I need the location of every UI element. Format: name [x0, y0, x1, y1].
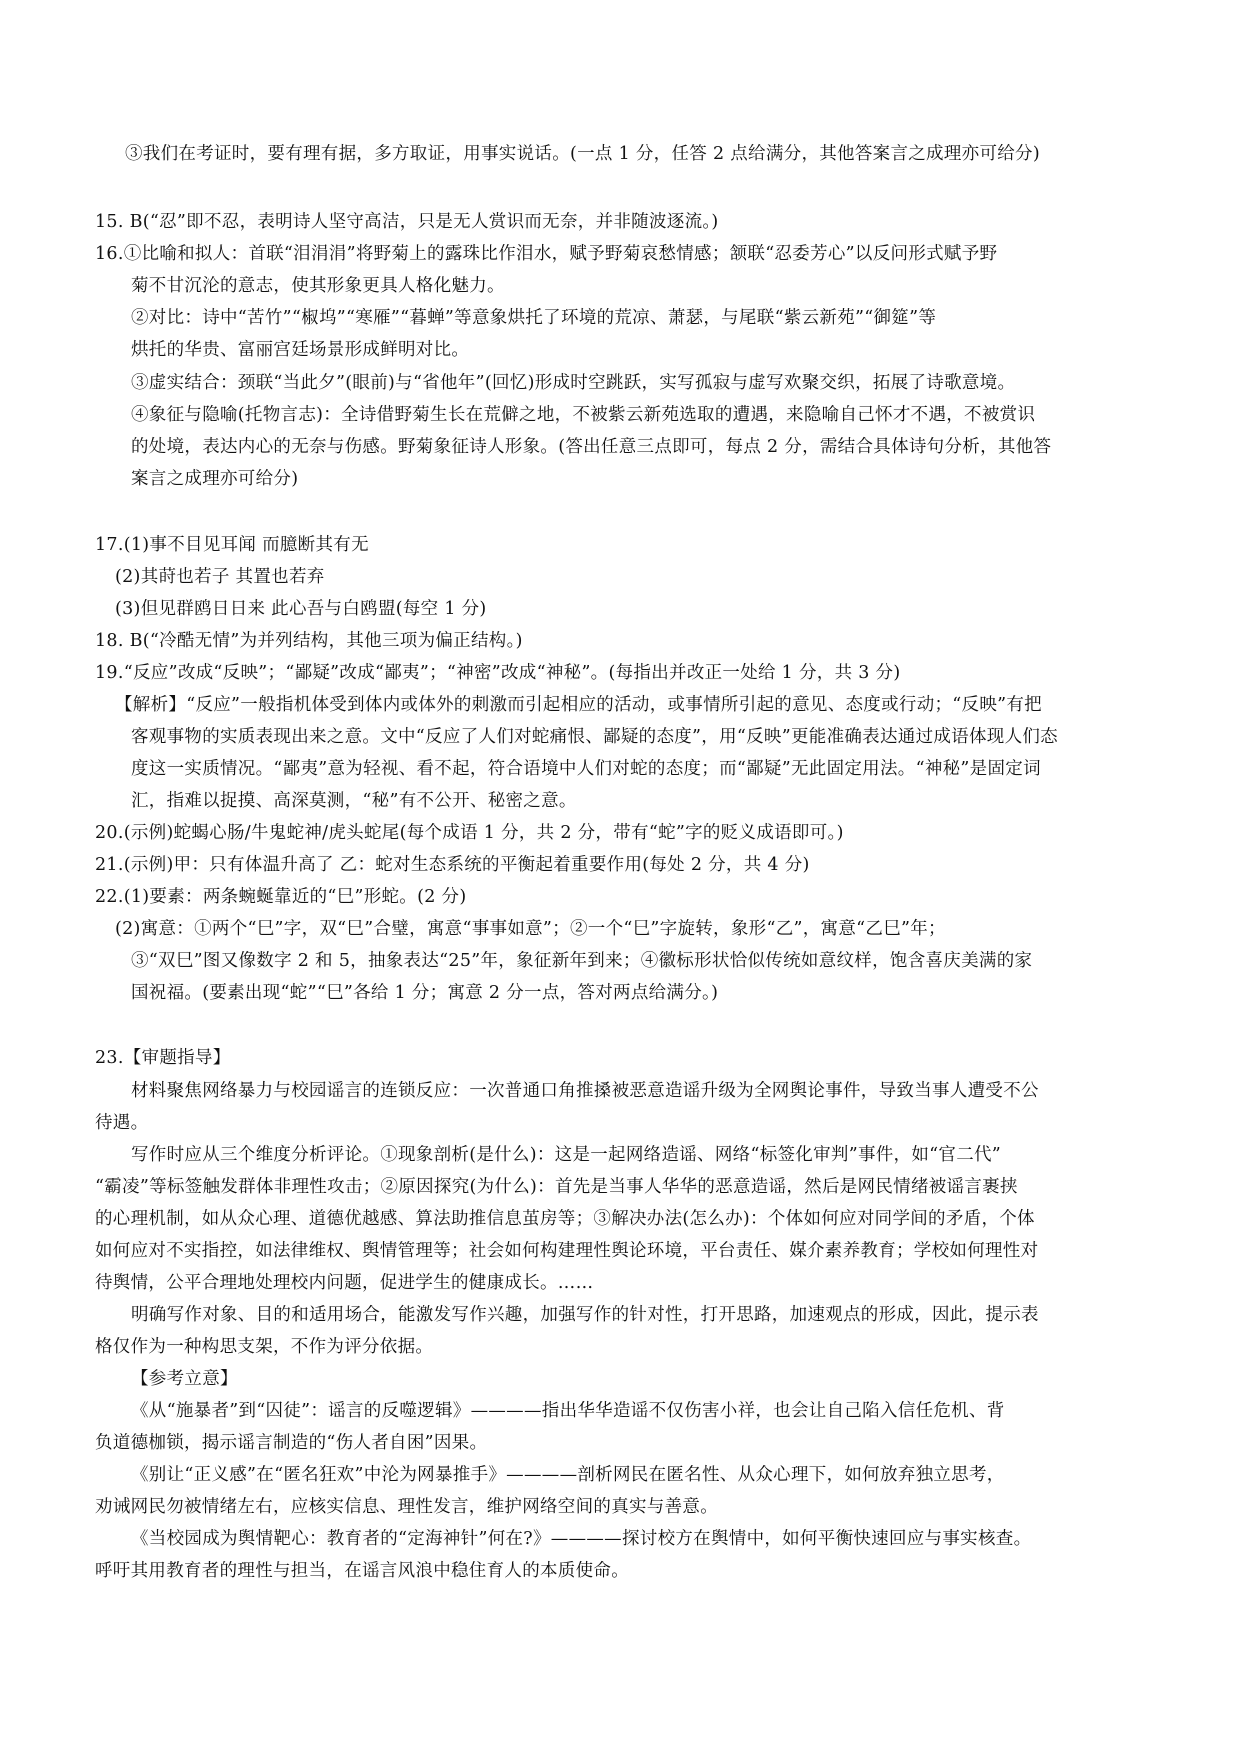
- text-line-q23-p2d: 如何应对不实指控，如法律维权、舆情管理等；社会如何构建理性舆论环境，平台责任、媒…: [95, 1241, 1038, 1261]
- text-line-q16-4a: ④象征与隐喻(托物言志)：全诗借野菊生长在荒僻之地，不被紫云新苑选取的遭遇，来隐…: [131, 405, 1035, 425]
- text-line-q22-2a: (2)寓意：①两个“巳”字，双“巳”合璧，寓意“事事如意”；②一个“巳”字旋转，…: [115, 919, 946, 939]
- text-line-q19-a3: 度这一实质情况。“鄙夷”意为轻视、看不起，符合语境中人们对蛇的态度；而“鄙疑”无…: [131, 759, 1041, 779]
- text-line-q19-a4: 汇，指难以捉摸、高深莫测，“秘”有不公开、秘密之意。: [131, 791, 577, 811]
- text-line-q23-p3a: 明确写作对象、目的和适用场合，能激发写作兴趣，加强写作的针对性，打开思路，加速观…: [131, 1305, 1039, 1325]
- answer-key-page: ③我们在考证时，要有理有据，多方取证，用事实说话。(一点 1 分，任答 2 点给…: [0, 0, 1240, 1753]
- text-line-q23-r2a: 《别让“正义感”在“匿名狂欢”中沦为网暴推手》————剖析网民在匿名性、从众心理…: [131, 1465, 1005, 1485]
- text-line-q14-3: ③我们在考证时，要有理有据，多方取证，用事实说话。(一点 1 分，任答 2 点给…: [125, 144, 1040, 164]
- text-line-q23-r3a: 《当校园成为舆情靶心：教育者的“定海神针”何在?》————探讨校方在舆情中，如何…: [131, 1529, 1031, 1549]
- text-line-q16-4b: 的处境，表达内心的无奈与伤感。野菊象征诗人形象。(答出任意三点即可，每点 2 分…: [131, 437, 1051, 457]
- text-line-q23-ref: 【参考立意】: [131, 1369, 238, 1389]
- text-line-q17-1: 17.(1)事不目见耳闻 而臆断其有无: [95, 535, 369, 555]
- text-line-q16-2a: ②对比：诗中“苦竹”“椒坞”“寒雁”“暮蝉”等意象烘托了环境的荒凉、萧瑟，与尾联…: [131, 308, 936, 328]
- text-line-q23-h: 23.【审题指导】: [95, 1048, 231, 1068]
- text-line-q23-r1b: 负道德枷锁，揭示谣言制造的“伤人者自困”因果。: [95, 1433, 487, 1453]
- text-line-q23-r2b: 劝诫网民勿被情绪左右，应核实信息、理性发言，维护网络空间的真实与善意。: [95, 1497, 718, 1517]
- text-line-q16-1b: 菊不甘沉沦的意志，使其形象更具人格化魅力。: [131, 276, 505, 296]
- text-line-q16-2b: 烘托的华贵、富丽宫廷场景形成鲜明对比。: [131, 340, 469, 360]
- text-line-q23-p1a: 材料聚焦网络暴力与校园谣言的连锁反应：一次普通口角推搡被恶意造谣升级为全网舆论事…: [131, 1081, 1039, 1101]
- text-line-q21: 21.(示例)甲：只有体温升高了 乙：蛇对生态系统的平衡起着重要作用(每处 2 …: [95, 855, 810, 875]
- text-line-q23-r1a: 《从“施暴者”到“囚徒”：谣言的反噬逻辑》————指出华华造谣不仅伤害小祥，也会…: [131, 1401, 1005, 1421]
- text-line-q19-a1: 【解析】“反应”一般指机体受到体内或体外的刺激而引起相应的活动，或事情所引起的意…: [115, 695, 1042, 715]
- text-line-q23-p2b: “霸凌”等标签触发群体非理性攻击；②原因探究(为什么)：首先是当事人华华的恶意造…: [95, 1177, 1018, 1197]
- text-line-q23-p1b: 待遇。: [95, 1113, 148, 1133]
- text-line-q23-p2c: 的心理机制，如从众心理、道德优越感、算法助推信息茧房等；③解决办法(怎么办)：个…: [95, 1209, 1035, 1229]
- text-line-q22-2b: ③“双巳”图又像数字 2 和 5，抽象表达“25”年，象征新年到来；④徽标形状恰…: [131, 951, 1032, 971]
- text-line-q23-p2a: 写作时应从三个维度分析评论。①现象剖析(是什么)：这是一起网络造谣、网络“标签化…: [131, 1145, 1001, 1165]
- text-line-q23-r3b: 呼吁其用教育者的理性与担当，在谣言风浪中稳住育人的本质使命。: [95, 1561, 629, 1581]
- text-line-q17-2: (2)其莳也若子 其置也若弃: [115, 567, 325, 587]
- text-line-q18: 18. B(“冷酷无情”为并列结构，其他三项为偏正结构。): [95, 631, 523, 651]
- text-line-q23-p2e: 待舆情，公平合理地处理校内问题，促进学生的健康成长。……: [95, 1273, 593, 1293]
- text-line-q22-1: 22.(1)要素：两条蜿蜒靠近的“巳”形蛇。(2 分): [95, 887, 466, 907]
- text-line-q17-3: (3)但见群鸥日日来 此心吾与白鸥盟(每空 1 分): [115, 599, 487, 619]
- text-line-q16-1a: 16.①比喻和拟人：首联“泪涓涓”将野菊上的露珠比作泪水，赋予野菊哀愁情感；颔联…: [95, 244, 997, 264]
- text-line-q23-p3b: 格仅作为一种构思支架，不作为评分依据。: [95, 1337, 433, 1357]
- text-line-q19: 19.“反应”改成“反映”；“鄙疑”改成“鄙夷”；“神密”改成“神秘”。(每指出…: [95, 663, 900, 683]
- text-line-q22-2c: 国祝福。(要素出现“蛇”“巳”各给 1 分；寓意 2 分一点，答对两点给满分。): [131, 983, 718, 1003]
- text-line-q16-3: ③虚实结合：颈联“当此夕”(眼前)与“省他年”(回忆)形成时空跳跃，实写孤寂与虚…: [131, 373, 1015, 393]
- text-line-q19-a2: 客观事物的实质表现出来之意。文中“反应了人们对蛇痛恨、鄙疑的态度”，用“反映”更…: [131, 727, 1058, 747]
- text-line-q15: 15. B(“忍”即不忍，表明诗人坚守高洁，只是无人赏识而无奈，并非随波逐流。): [95, 212, 719, 232]
- text-line-q20: 20.(示例)蛇蝎心肠/牛鬼蛇神/虎头蛇尾(每个成语 1 分，共 2 分，带有“…: [95, 823, 844, 843]
- text-line-q16-4c: 案言之成理亦可给分): [131, 469, 298, 489]
